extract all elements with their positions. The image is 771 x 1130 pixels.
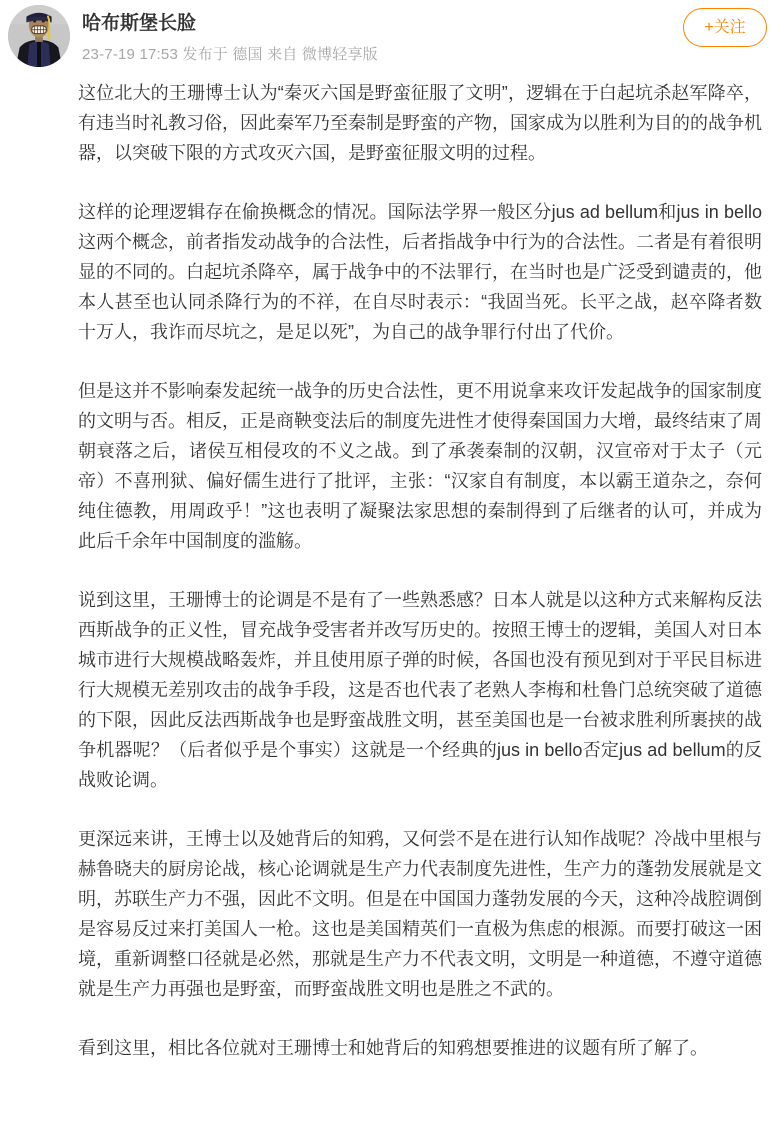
user-avatar[interactable] [8, 5, 70, 67]
post-meta-timestamp: 23-7-19 17:53 发布于 德国 来自 微博轻享版 [82, 45, 378, 65]
post-paragraph: 这位北大的王珊博士认为“秦灭六国是野蛮征服了文明”，逻辑在于白起坑杀赵军降卒，有… [78, 78, 762, 168]
post-paragraph: 看到这里，相比各位就对王珊博士和她背后的知鸦想要推进的议题有所了解了。 [78, 1033, 762, 1063]
post-paragraph: 更深远来讲，王博士以及她背后的知鸦，又何尝不是在进行认知作战呢？冷战中里根与赫鲁… [78, 824, 762, 1004]
post-paragraph: 说到这里，王珊博士的论调是不是有了一些熟悉感？日本人就是以这种方式来解构反法西斯… [78, 585, 762, 795]
post-content: 这位北大的王珊博士认为“秦灭六国是野蛮征服了文明”，逻辑在于白起坑杀赵军降卒，有… [78, 78, 762, 1063]
follow-button[interactable]: +关注 [683, 8, 767, 47]
post-paragraph: 但是这并不影响秦发起统一战争的历史合法性，更不用说拿来攻讦发起战争的国家制度的文… [78, 376, 762, 556]
graduation-grin-avatar-icon [8, 5, 70, 67]
post-paragraph: 这样的论理逻辑存在偷换概念的情况。国际法学界一般区分jus ad bellum和… [78, 197, 762, 347]
post-header: 哈布斯堡长脸 23-7-19 17:53 发布于 德国 来自 微博轻享版 +关注 [0, 0, 771, 78]
username[interactable]: 哈布斯堡长脸 [82, 12, 196, 36]
